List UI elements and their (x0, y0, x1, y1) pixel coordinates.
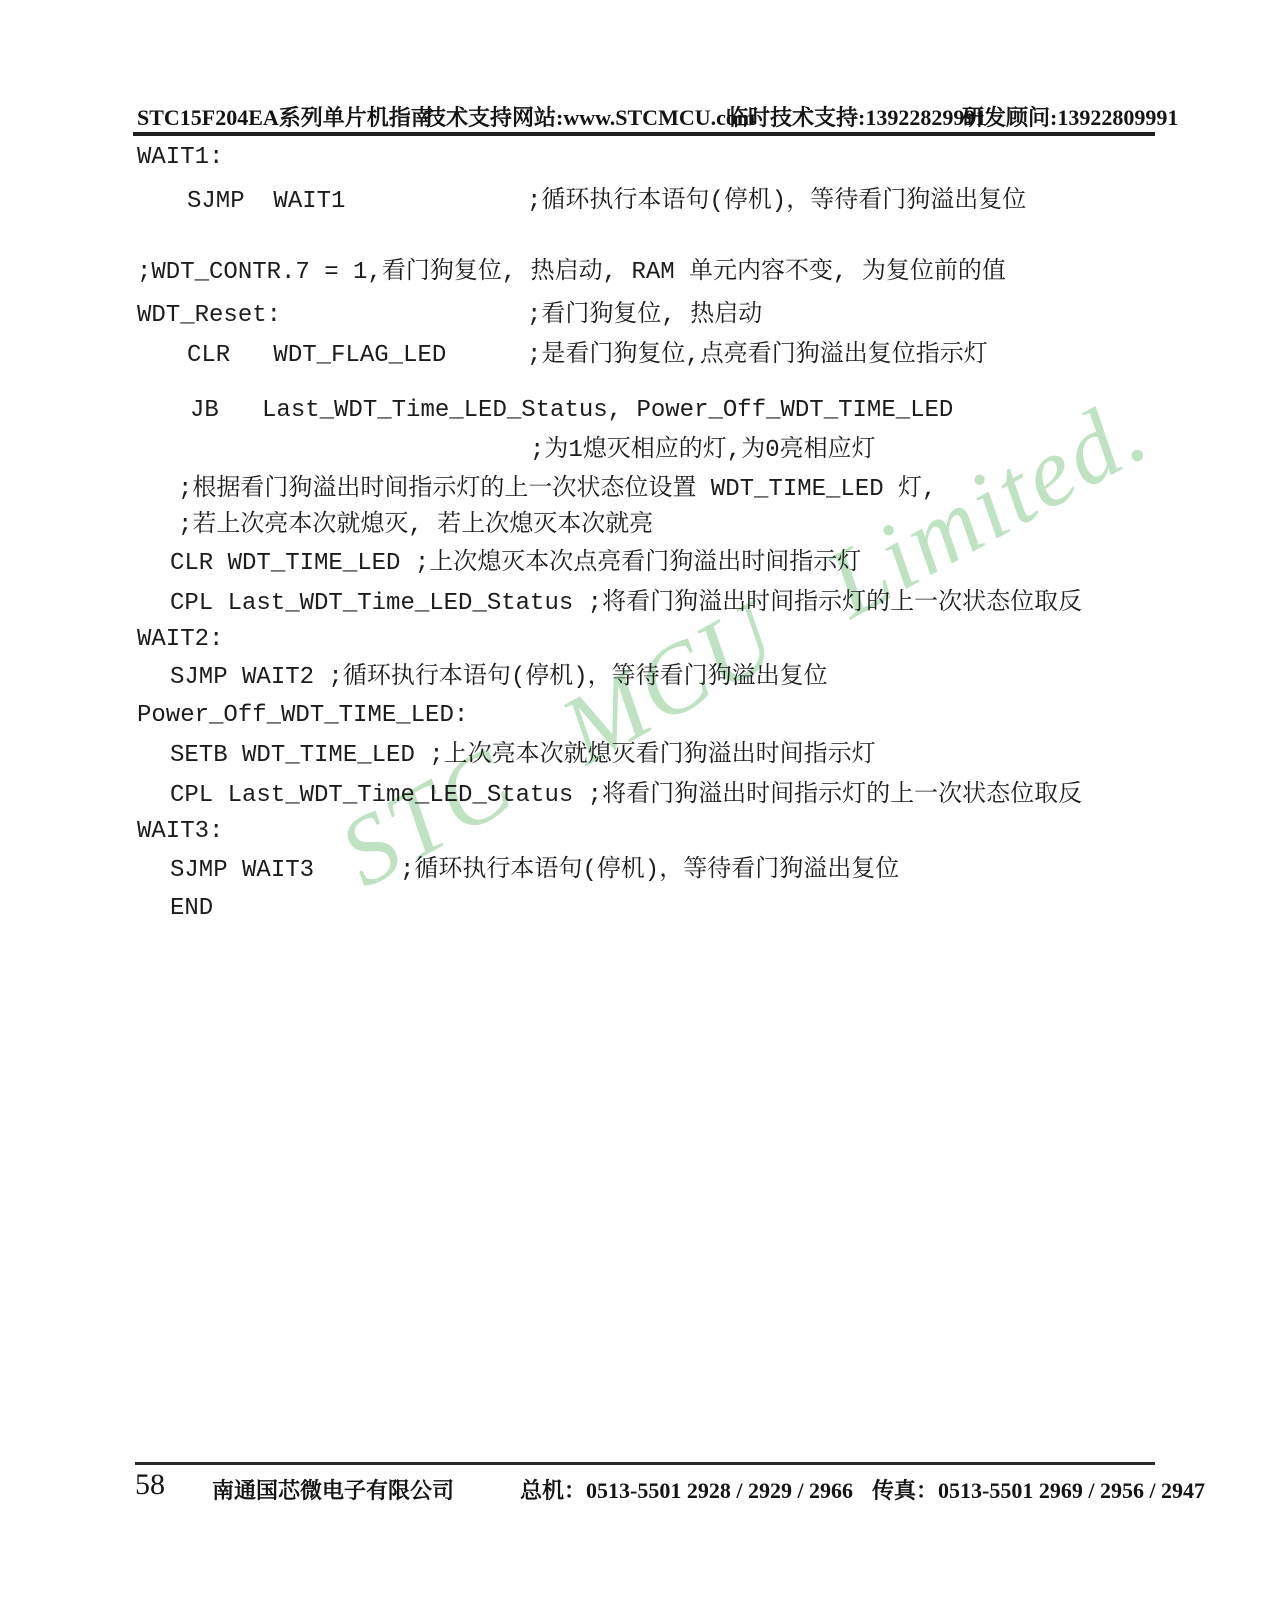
code-listing: WAIT1:SJMP WAIT1;循环执行本语句(停机)，等待看门狗溢出复位;W… (0, 0, 1287, 1601)
code-line-segment: CLR WDT_FLAG_LED (187, 341, 446, 371)
code-line-segment: JB Last_WDT_Time_LED_Status, Power_Off_W… (190, 396, 953, 426)
document-page: STC MCU Limited. STC15F204EA系列单片机指南 技术支持… (0, 0, 1287, 1601)
code-line-segment: WAIT2: (137, 625, 223, 655)
code-line-segment: ;WDT_CONTR.7 = 1,看门狗复位, 热启动, RAM 单元内容不变,… (137, 258, 1006, 288)
code-line-segment: SJMP WAIT1 (187, 187, 345, 217)
code-line-segment: SETB WDT_TIME_LED ;上次亮本次就熄灭看门狗溢出时间指示灯 (170, 741, 876, 771)
code-line-segment: SJMP WAIT2 ;循环执行本语句(停机)，等待看门狗溢出复位 (170, 663, 828, 693)
code-line-segment: ;为1熄灭相应的灯,为0亮相应灯 (530, 436, 876, 466)
code-line-segment: ;循环执行本语句(停机)，等待看门狗溢出复位 (400, 856, 899, 886)
code-line-segment: Power_Off_WDT_TIME_LED: (137, 701, 468, 731)
code-line-segment: ;若上次亮本次就熄灭, 若上次熄灭本次就亮 (178, 511, 653, 541)
code-line-segment: WDT_Reset: (137, 301, 281, 331)
code-line-segment: ;根据看门狗溢出时间指示灯的上一次状态位设置 WDT_TIME_LED 灯, (178, 475, 936, 505)
code-line-segment: WAIT1: (137, 143, 223, 173)
code-line-segment: END (170, 894, 213, 924)
code-line-segment: CLR WDT_TIME_LED ;上次熄灭本次点亮看门狗溢出时间指示灯 (170, 549, 861, 579)
code-line-segment: ;是看门狗复位,点亮看门狗溢出复位指示灯 (527, 341, 988, 371)
code-line-segment: WAIT3: (137, 817, 223, 847)
code-line-segment: ;看门狗复位, 热启动 (527, 301, 762, 331)
code-line-segment: SJMP WAIT3 (170, 856, 314, 886)
code-line-segment: CPL Last_WDT_Time_LED_Status ;将看门狗溢出时间指示… (170, 589, 1082, 619)
code-line-segment: ;循环执行本语句(停机)，等待看门狗溢出复位 (527, 187, 1026, 217)
code-line-segment: CPL Last_WDT_Time_LED_Status ;将看门狗溢出时间指示… (170, 781, 1082, 811)
